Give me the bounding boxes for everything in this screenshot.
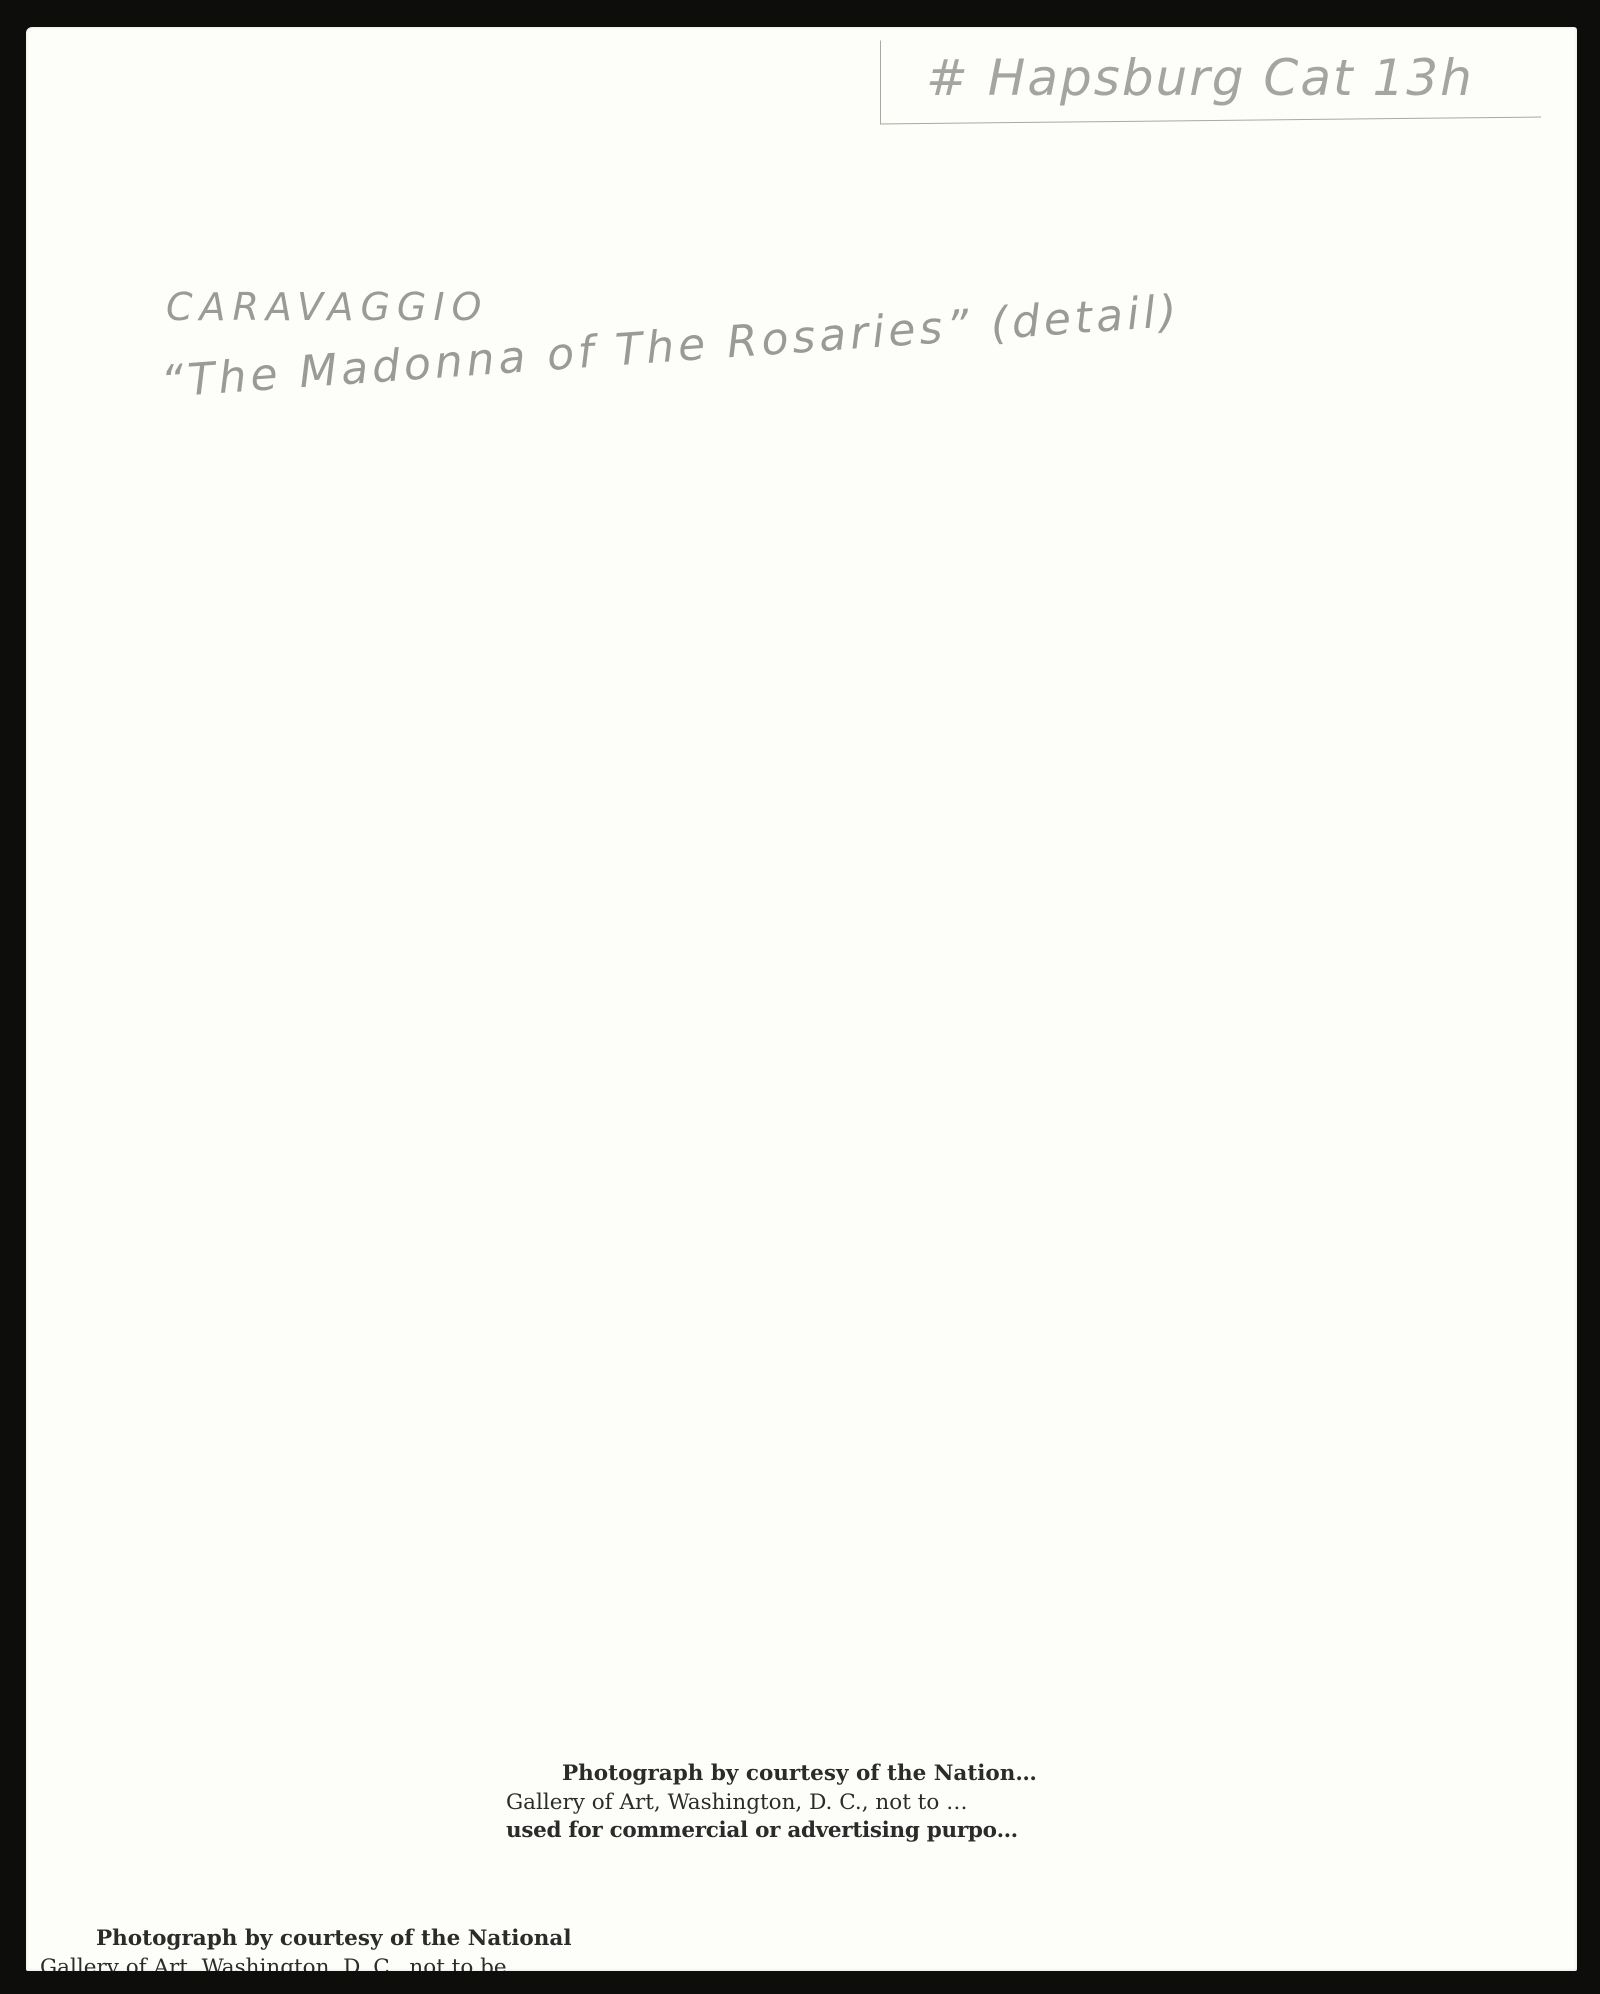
stamp-line: Gallery of Art, Washington, D. C., not t… [40, 1954, 640, 1972]
photograph-back-paper: # Hapsburg Cat 13h CARAVAGGIO “The Madon… [26, 27, 1577, 1971]
courtesy-stamp-secondary: Photograph by courtesy of the National G… [40, 1925, 640, 1971]
stamp-line: Photograph by courtesy of the Nation… [506, 1760, 1096, 1789]
artist-name: CARAVAGGIO [166, 285, 488, 329]
stamp-line: used for commercial or advertising purpo… [506, 1817, 1096, 1846]
stamp-line: Photograph by courtesy of the National [40, 1925, 640, 1954]
stamp-line: Gallery of Art, Washington, D. C., not t… [506, 1789, 1096, 1818]
catalog-note: # Hapsburg Cat 13h [926, 49, 1474, 107]
courtesy-stamp-primary: Photograph by courtesy of the Nation… Ga… [506, 1760, 1096, 1846]
